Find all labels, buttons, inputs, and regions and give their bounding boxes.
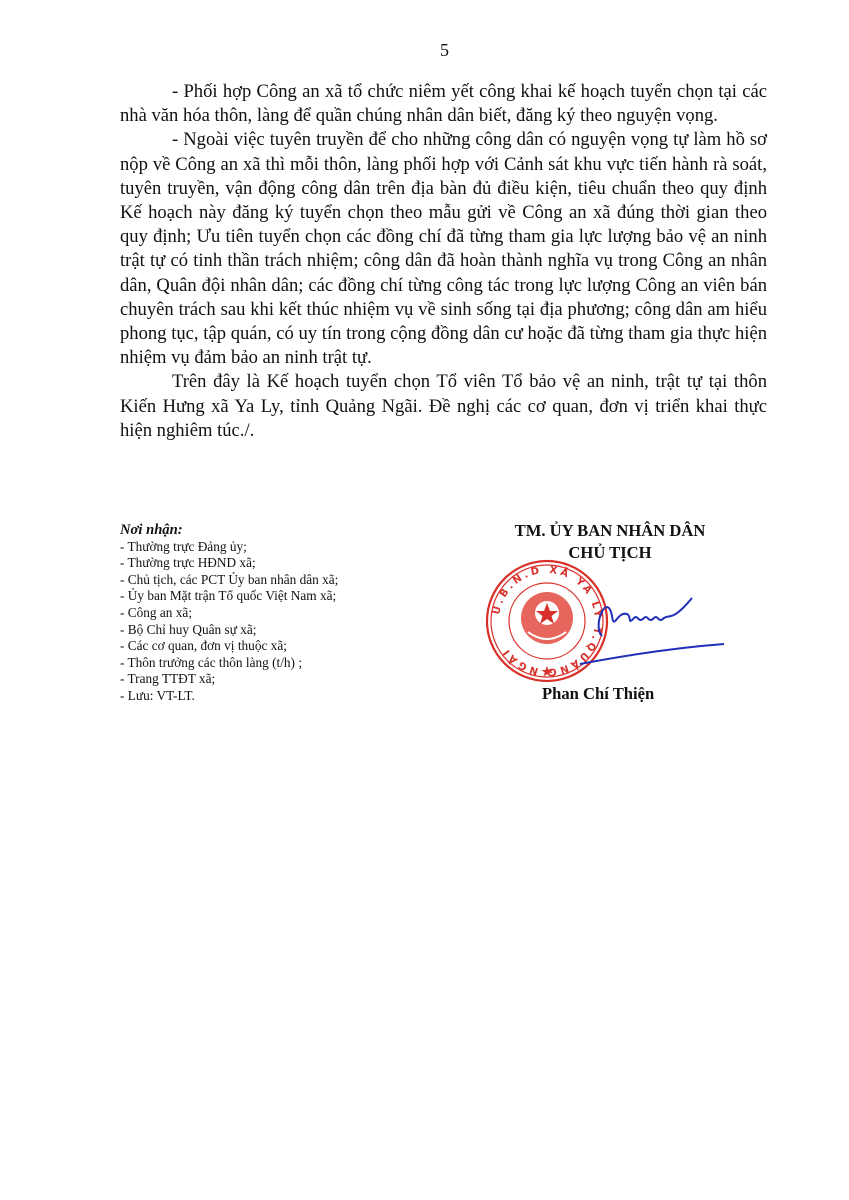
recipient-item: - Chủ tịch, các PCT Ủy ban nhân dân xã; <box>120 572 440 589</box>
signer-organization: TM. ỦY BAN NHÂN DÂN <box>480 520 740 542</box>
paragraph: - Ngoài việc tuyên truyền để cho những c… <box>120 128 767 370</box>
paragraph: Trên đây là Kế hoạch tuyển chọn Tổ viên … <box>120 370 767 443</box>
recipients-title: Nơi nhận: <box>120 522 440 539</box>
recipient-item: - Thường trực HĐND xã; <box>120 555 440 572</box>
recipients-list: Nơi nhận: - Thường trực Đảng ủy; - Thườn… <box>120 522 440 705</box>
body-text: - Phối hợp Công an xã tổ chức niêm yết c… <box>120 80 767 443</box>
recipient-item: - Công an xã; <box>120 605 440 622</box>
recipient-item: - Thôn trưởng các thôn làng (t/h) ; <box>120 655 440 672</box>
paragraph: - Phối hợp Công an xã tổ chức niêm yết c… <box>120 80 767 128</box>
signature-block: TM. ỦY BAN NHÂN DÂN CHỦ TỊCH U.B.N.D XÃ … <box>480 520 740 564</box>
recipient-item: - Bộ Chỉ huy Quân sự xã; <box>120 622 440 639</box>
signer-name: Phan Chí Thiện <box>542 684 654 704</box>
recipient-item: - Ủy ban Mặt trận Tổ quốc Việt Nam xã; <box>120 588 440 605</box>
recipient-item: - Trang TTĐT xã; <box>120 671 440 688</box>
recipient-item: - Thường trực Đảng ủy; <box>120 539 440 556</box>
recipient-item: - Lưu: VT-LT. <box>120 688 440 705</box>
handwritten-signature-icon <box>572 586 732 666</box>
page-number: 5 <box>0 40 849 61</box>
recipient-item: - Các cơ quan, đơn vị thuộc xã; <box>120 638 440 655</box>
